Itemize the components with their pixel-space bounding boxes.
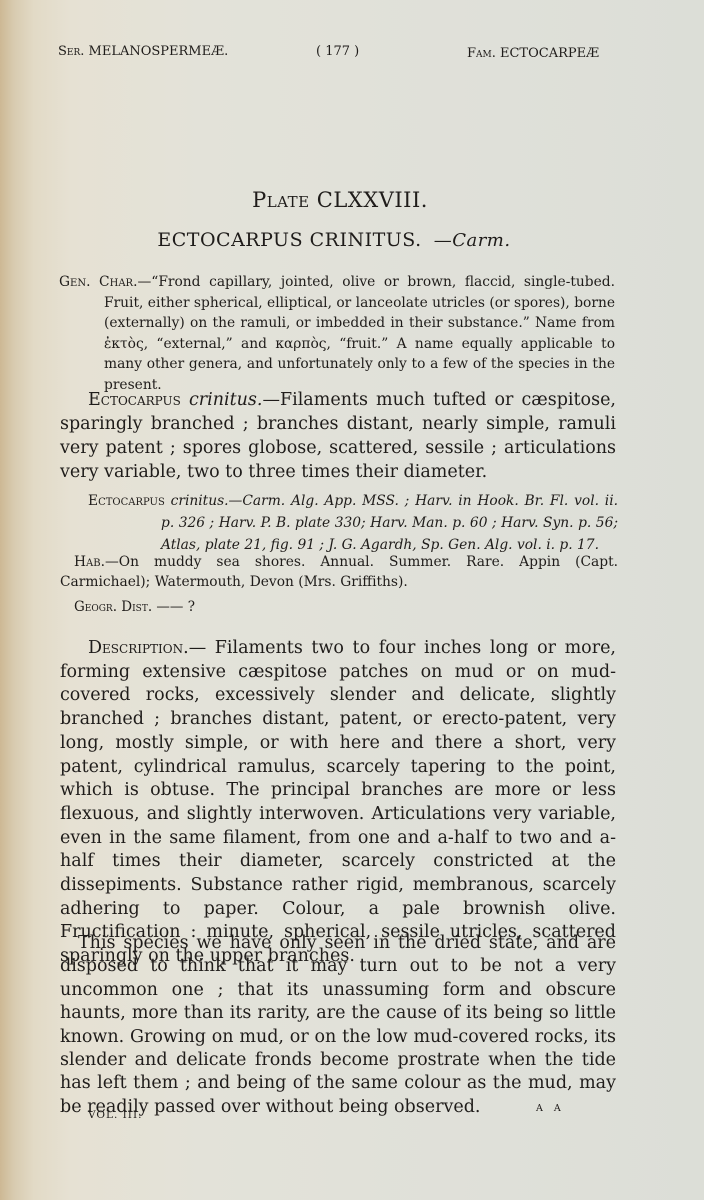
- diagnosis-genus: Ectocarpus: [88, 390, 181, 410]
- species-authority: —Carm.: [434, 230, 511, 251]
- synonymy-text: crinitus.—Carm. Alg. App. MSS. ; Harv. i…: [161, 493, 618, 553]
- book-page: Ser. MELANOSPERMEÆ. ( 177 ) Fam. ECTOCAR…: [0, 0, 704, 1200]
- geogr-label: Geogr. Dist.: [74, 599, 152, 615]
- synonymy: Ectocarpus crinitus.—Carm. Alg. App. MSS…: [88, 490, 618, 556]
- genus-character-label: Gen. Char.: [59, 274, 137, 290]
- running-head: Ser. MELANOSPERMEÆ. ( 177 ) Fam. ECTOCAR…: [58, 44, 618, 64]
- synonymy-genus: Ectocarpus: [88, 493, 165, 509]
- habitat-text: —On muddy sea shores. Annual. Summer. Ra…: [60, 554, 618, 590]
- remarks-text: This species we have only seen in the dr…: [60, 932, 616, 1119]
- volume-footer: VOL. III.: [88, 1109, 142, 1121]
- plate-title: Plate CLXXVIII.: [0, 188, 704, 212]
- page-number: ( 177 ): [316, 44, 359, 59]
- remarks-paragraph: This species we have only seen in the dr…: [60, 932, 616, 1119]
- geographical-distribution: Geogr. Dist. —— ?: [74, 597, 195, 617]
- signature-mark: A A: [536, 1103, 565, 1114]
- diagnosis-species: crinitus.: [189, 390, 262, 410]
- description: Description.— Filaments two to four inch…: [60, 637, 616, 969]
- family-heading: Fam. ECTOCARPEÆ: [467, 46, 599, 61]
- species-name: ECTOCARPUS CRINITUS.: [157, 229, 421, 251]
- genus-character: Gen. Char.—“Frond capillary, jointed, ol…: [59, 272, 615, 395]
- geogr-value: —— ?: [156, 599, 195, 615]
- description-label: Description.: [88, 638, 189, 658]
- genus-character-text: —“Frond capillary, jointed, olive or bro…: [104, 274, 615, 393]
- species-title: ECTOCARPUS CRINITUS.—Carm.: [0, 229, 704, 251]
- species-diagnosis: Ectocarpus crinitus.—Filaments much tuft…: [60, 388, 616, 484]
- habitat-label: Hab.: [74, 554, 105, 570]
- series-heading: Ser. MELANOSPERMEÆ.: [58, 44, 228, 59]
- habitat: Hab.—On muddy sea shores. Annual. Summer…: [60, 552, 618, 592]
- description-text: — Filaments two to four inches long or m…: [60, 638, 616, 966]
